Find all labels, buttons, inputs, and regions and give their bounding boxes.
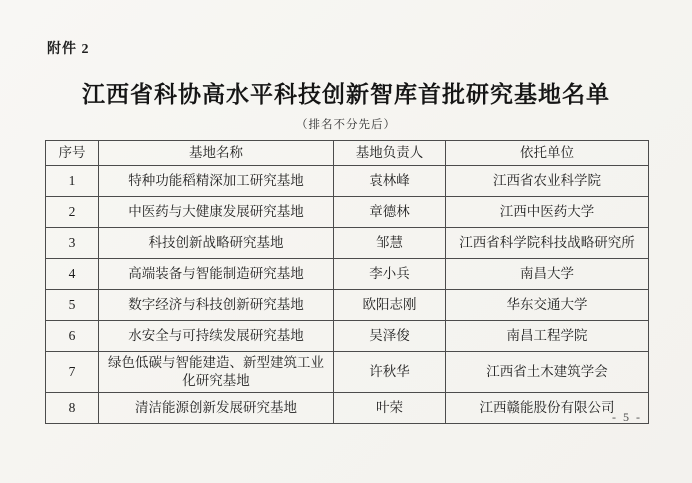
table-cell: 邹慧: [334, 228, 446, 259]
table-cell: 绿色低碳与智能建造、新型建筑工业化研究基地: [99, 352, 334, 393]
table-row: 8清洁能源创新发展研究基地叶荣江西赣能股份有限公司: [46, 393, 649, 424]
table-header-cell: 基地名称: [99, 141, 334, 166]
research-bases-table: 序号基地名称基地负责人依托单位 1特种功能稻精深加工研究基地袁林峰江西省农业科学…: [45, 140, 649, 424]
table-cell: 吴泽俊: [334, 321, 446, 352]
attachment-label: 附件 2: [47, 38, 90, 58]
table-cell: 水安全与可持续发展研究基地: [99, 321, 334, 352]
table-cell: 6: [46, 321, 99, 352]
table-header-cell: 基地负责人: [334, 141, 446, 166]
table-cell: 高端装备与智能制造研究基地: [99, 259, 334, 290]
table-cell: 1: [46, 166, 99, 197]
table-cell: 江西省土木建筑学会: [446, 352, 649, 393]
table-cell: 江西省科学院科技战略研究所: [446, 228, 649, 259]
page-title: 江西省科协高水平科技创新智库首批研究基地名单: [0, 76, 692, 109]
table-cell: 3: [46, 228, 99, 259]
table-cell: 清洁能源创新发展研究基地: [99, 393, 334, 424]
table-header-cell: 依托单位: [446, 141, 649, 166]
table-row: 2中医药与大健康发展研究基地章德林江西中医药大学: [46, 197, 649, 228]
table-cell: 许秋华: [334, 352, 446, 393]
table-row: 4高端装备与智能制造研究基地李小兵南昌大学: [46, 259, 649, 290]
table-row: 1特种功能稻精深加工研究基地袁林峰江西省农业科学院: [46, 166, 649, 197]
table-cell: 7: [46, 352, 99, 393]
table-cell: 中医药与大健康发展研究基地: [99, 197, 334, 228]
table-cell: 科技创新战略研究基地: [99, 228, 334, 259]
table-cell: 华东交通大学: [446, 290, 649, 321]
table-cell: 南昌大学: [446, 259, 649, 290]
table-cell: 南昌工程学院: [446, 321, 649, 352]
table-row: 7绿色低碳与智能建造、新型建筑工业化研究基地许秋华江西省土木建筑学会: [46, 352, 649, 393]
table-cell: 李小兵: [334, 259, 446, 290]
page-subtitle: （排名不分先后）: [0, 116, 692, 132]
table-cell: 江西省农业科学院: [446, 166, 649, 197]
table-cell: 特种功能稻精深加工研究基地: [99, 166, 334, 197]
table-cell: 5: [46, 290, 99, 321]
table-cell: 8: [46, 393, 99, 424]
table-header-row: 序号基地名称基地负责人依托单位: [46, 141, 649, 166]
table-row: 6水安全与可持续发展研究基地吴泽俊南昌工程学院: [46, 321, 649, 352]
table-cell: 2: [46, 197, 99, 228]
table-row: 3科技创新战略研究基地邹慧江西省科学院科技战略研究所: [46, 228, 649, 259]
table-row: 5数字经济与科技创新研究基地欧阳志刚华东交通大学: [46, 290, 649, 321]
table-cell: 袁林峰: [334, 166, 446, 197]
table-header-cell: 序号: [46, 141, 99, 166]
document-page: 附件 2 江西省科协高水平科技创新智库首批研究基地名单 （排名不分先后） 序号基…: [0, 0, 692, 483]
table-cell: 江西中医药大学: [446, 197, 649, 228]
table-cell: 欧阳志刚: [334, 290, 446, 321]
table-body: 1特种功能稻精深加工研究基地袁林峰江西省农业科学院2中医药与大健康发展研究基地章…: [46, 166, 649, 424]
table-cell: 叶荣: [334, 393, 446, 424]
table-cell: 章德林: [334, 197, 446, 228]
page-number: - 5 -: [612, 410, 642, 425]
table-cell: 4: [46, 259, 99, 290]
table-cell: 数字经济与科技创新研究基地: [99, 290, 334, 321]
